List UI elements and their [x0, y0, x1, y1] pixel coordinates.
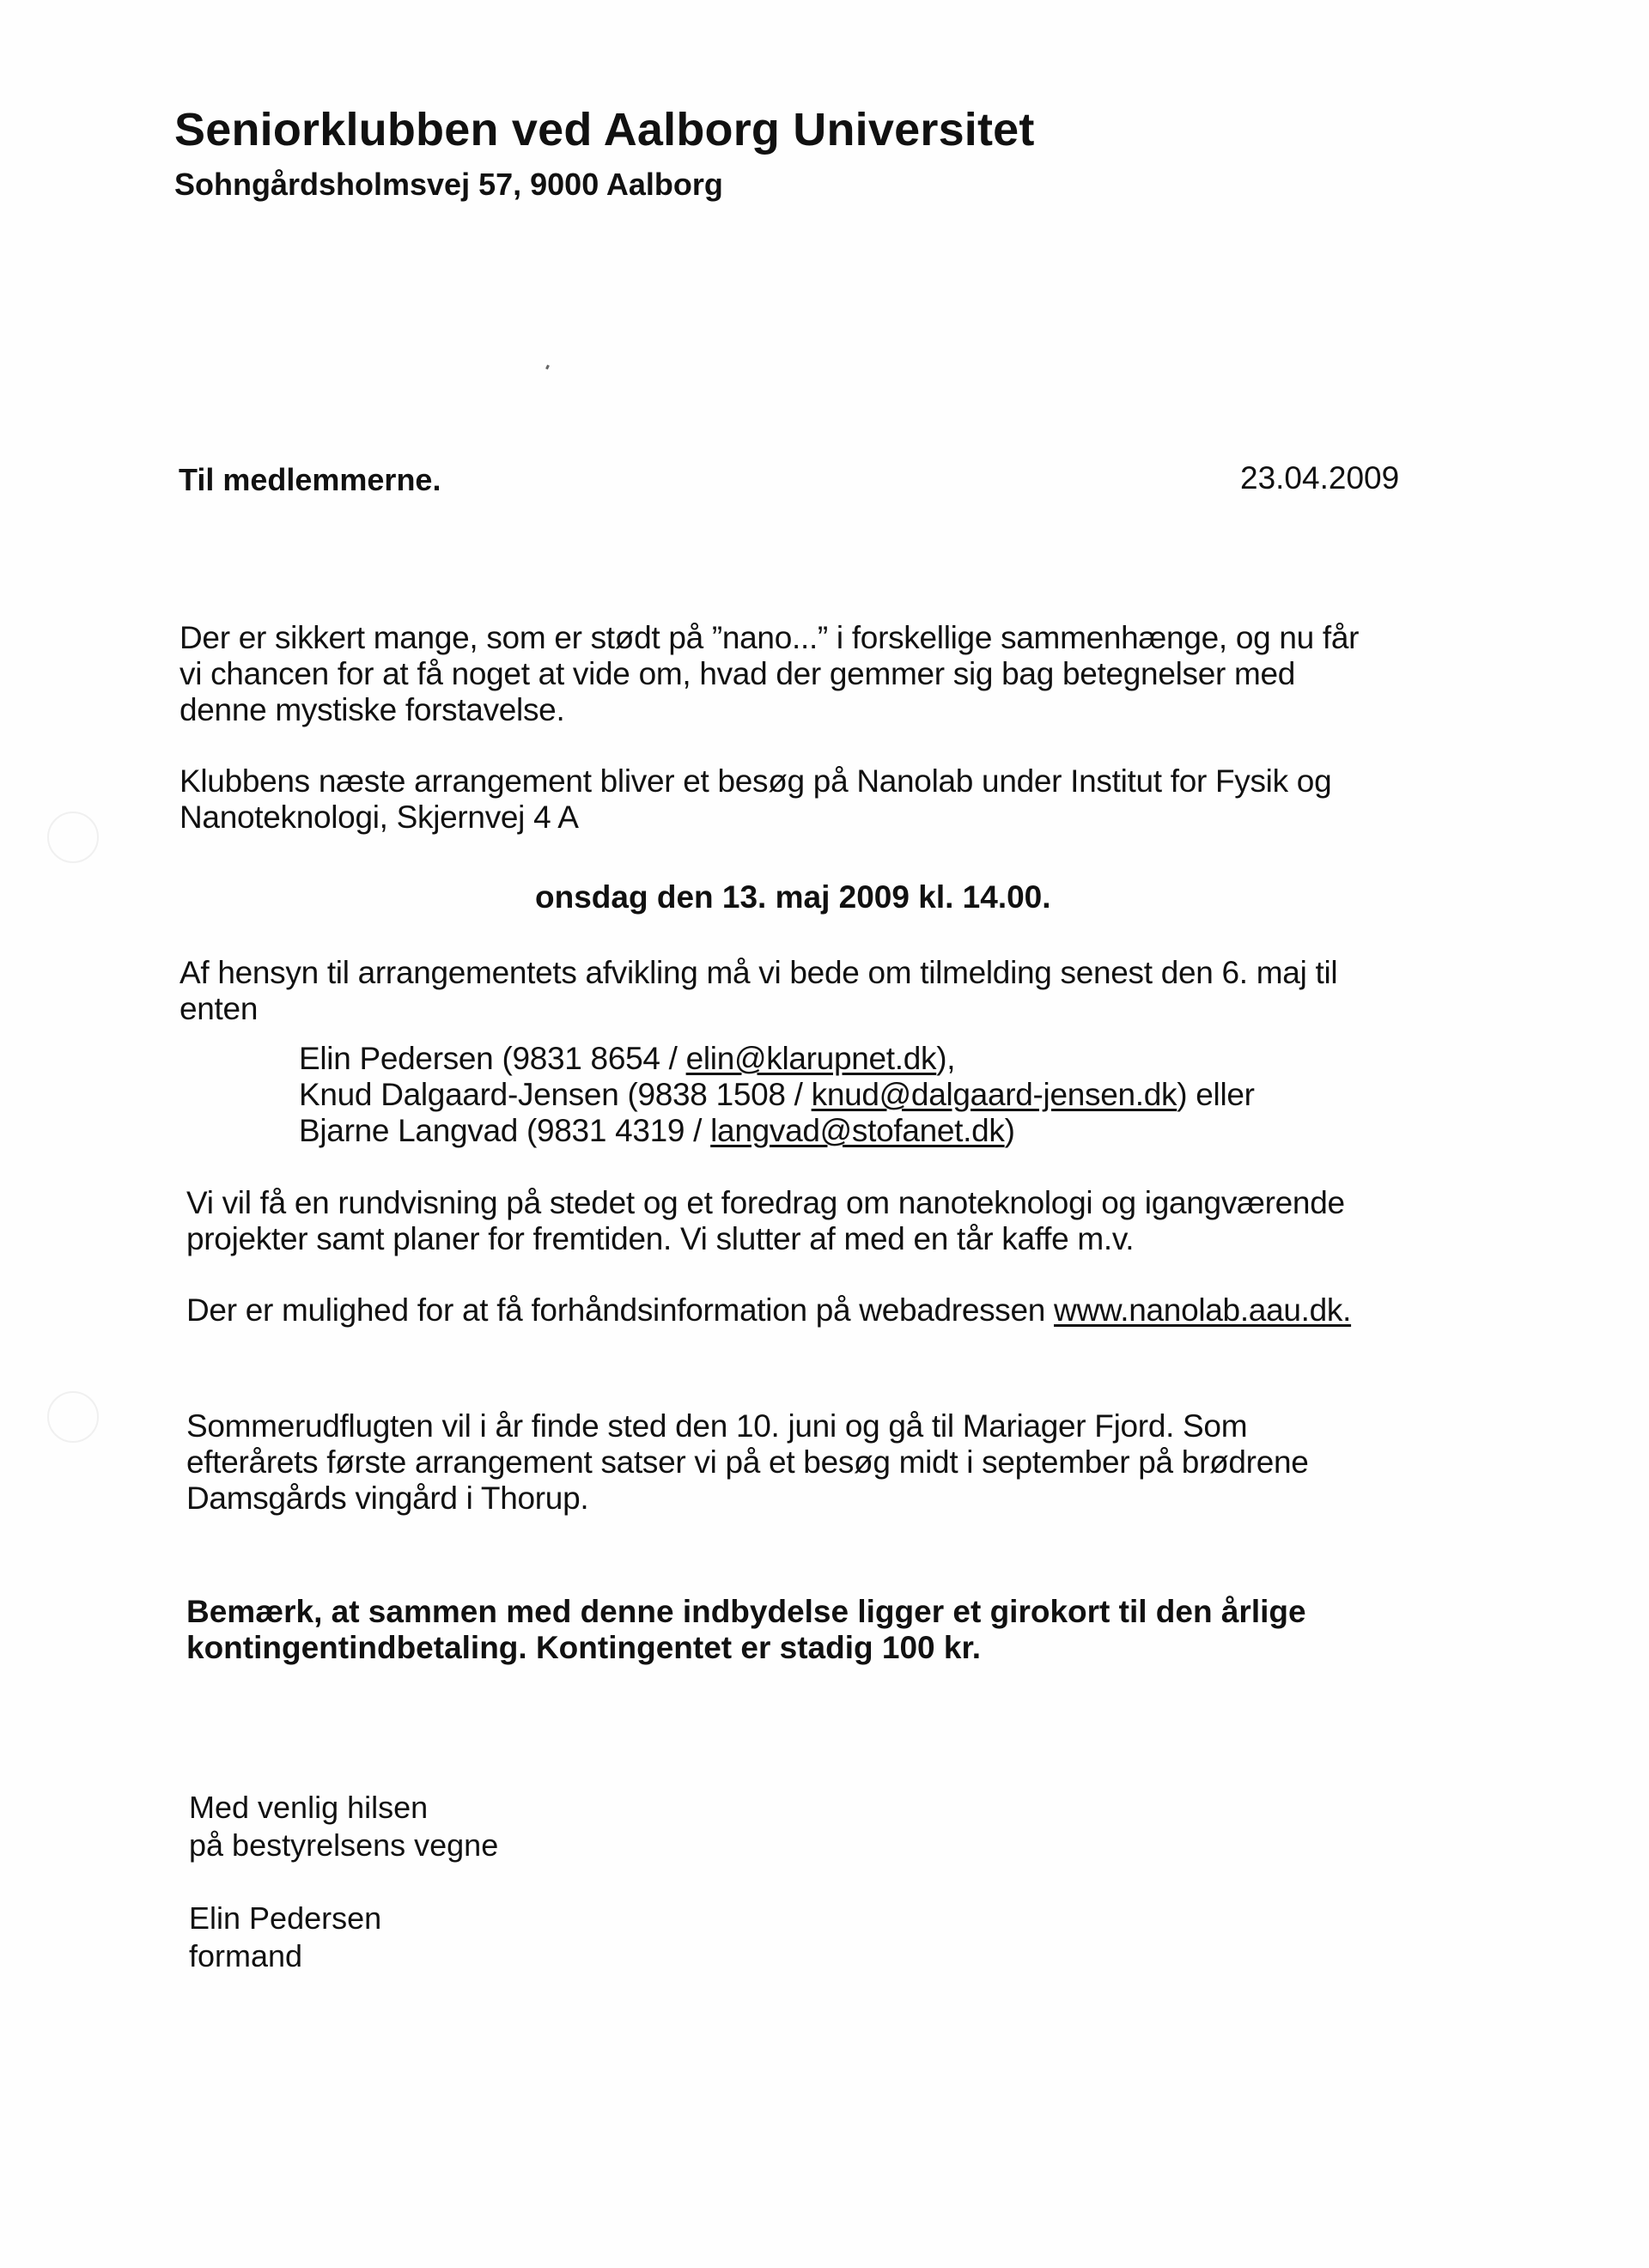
text-line: efterårets første arrangement satser vi … — [186, 1444, 1309, 1481]
contact-name-phone: Bjarne Langvad (9831 4319 / — [299, 1113, 710, 1148]
contact-item: Bjarne Langvad (9831 4319 / langvad@stof… — [299, 1113, 1255, 1149]
text-line: Damsgårds vingård i Thorup. — [186, 1481, 1309, 1517]
organization-address: Sohngårdsholmsvej 57, 9000 Aalborg — [174, 167, 723, 203]
punch-hole-mark — [47, 812, 99, 863]
closing-on-behalf: på bestyrelsens vegne — [189, 1827, 498, 1864]
letter-page: Seniorklubben ved Aalborg Universitet So… — [0, 0, 1649, 2268]
signature-block: Elin Pedersen formand — [189, 1900, 381, 1975]
website-link[interactable]: www.nanolab.aau.dk. — [1054, 1292, 1351, 1328]
contact-item: Knud Dalgaard-Jensen (9838 1508 / knud@d… — [299, 1077, 1255, 1113]
text-line: Bemærk, at sammen med denne indbydelse l… — [186, 1594, 1306, 1630]
contact-name-phone: Knud Dalgaard-Jensen (9838 1508 / — [299, 1077, 812, 1112]
signatory-title: formand — [189, 1937, 381, 1975]
tour-paragraph: Vi vil få en rundvisning på stedet og et… — [186, 1185, 1345, 1257]
salutation: Til medlemmerne. — [179, 462, 441, 498]
signatory-name: Elin Pedersen — [189, 1900, 381, 1937]
text-line: enten — [180, 991, 1337, 1027]
text-line: Af hensyn til arrangementets afvikling m… — [180, 955, 1337, 991]
letter-date: 23.04.2009 — [1240, 460, 1399, 496]
text-line: Sommerudflugten vil i år finde sted den … — [186, 1408, 1309, 1444]
text-line: denne mystiske forstavelse. — [180, 692, 1359, 728]
contact-list: Elin Pedersen (9831 8654 / elin@klarupne… — [299, 1041, 1255, 1149]
text-line: Klubbens næste arrangement bliver et bes… — [180, 763, 1331, 800]
text-line: projekter samt planer for fremtiden. Vi … — [186, 1221, 1345, 1257]
intro-paragraph: Der er sikkert mange, som er stødt på ”n… — [180, 620, 1359, 728]
scan-speck — [545, 365, 550, 370]
registration-paragraph: Af hensyn til arrangementets afvikling m… — [180, 955, 1337, 1027]
text-line: kontingentindbetaling. Kontingentet er s… — [186, 1630, 1306, 1666]
contact-suffix: ), — [936, 1041, 955, 1076]
summer-trip-paragraph: Sommerudflugten vil i år finde sted den … — [186, 1408, 1309, 1517]
closing-block: Med venlig hilsen på bestyrelsens vegne — [189, 1789, 498, 1864]
contact-suffix: ) eller — [1177, 1077, 1254, 1112]
text-line: Vi vil få en rundvisning på stedet og et… — [186, 1185, 1345, 1221]
membership-fee-notice: Bemærk, at sammen med denne indbydelse l… — [186, 1594, 1306, 1666]
contact-suffix: ) — [1005, 1113, 1015, 1148]
contact-item: Elin Pedersen (9831 8654 / elin@klarupne… — [299, 1041, 1255, 1077]
contact-email-link[interactable]: elin@klarupnet.dk — [686, 1041, 937, 1076]
web-info-paragraph: Der er mulighed for at få forhåndsinform… — [186, 1292, 1351, 1329]
punch-hole-mark — [47, 1391, 99, 1443]
contact-name-phone: Elin Pedersen (9831 8654 / — [299, 1041, 686, 1076]
contact-email-link[interactable]: knud@dalgaard-jensen.dk — [812, 1077, 1177, 1112]
closing-greeting: Med venlig hilsen — [189, 1789, 498, 1827]
text-line: vi chancen for at få noget at vide om, h… — [180, 656, 1359, 692]
text-line: Nanoteknologi, Skjernvej 4 A — [180, 800, 1331, 836]
text-line: Der er sikkert mange, som er stødt på ”n… — [180, 620, 1359, 656]
event-paragraph: Klubbens næste arrangement bliver et bes… — [180, 763, 1331, 836]
contact-email-link[interactable]: langvad@stofanet.dk — [710, 1113, 1004, 1148]
event-datetime: onsdag den 13. maj 2009 kl. 14.00. — [535, 879, 1051, 915]
organization-title: Seniorklubben ved Aalborg Universitet — [174, 103, 1035, 156]
web-info-text: Der er mulighed for at få forhåndsinform… — [186, 1292, 1054, 1328]
